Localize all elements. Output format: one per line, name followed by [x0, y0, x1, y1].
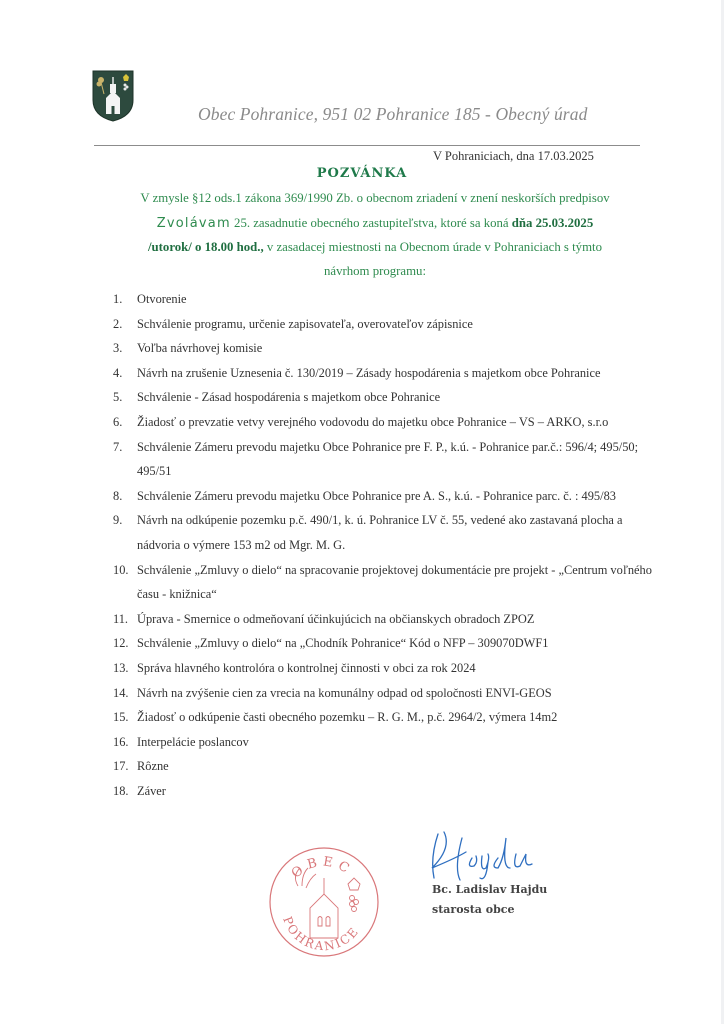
- intro-line-time-place: /utorok/ o 18.00 hod., v zasadacej miest…: [95, 240, 655, 255]
- agenda-item: 2.Schválenie programu, určenie zapisovat…: [113, 312, 653, 337]
- agenda-item-text: Schválenie „Zmluvy o dielo“ na spracovan…: [137, 563, 652, 602]
- intro-line-legal-basis: V zmysle §12 ods.1 zákona 369/1990 Zb. o…: [95, 191, 655, 206]
- convocation-text: 25. zasadnutie obecného zastupiteľstva, …: [231, 216, 512, 230]
- agenda-item: 5.Schválenie - Zásad hospodárenia s maje…: [113, 385, 653, 410]
- document-title: POZVÁNKA: [0, 166, 724, 181]
- signer-block: Bc. Ladislav Hajdu starosta obce: [432, 880, 547, 920]
- agenda-item-text: Schválenie programu, určenie zapisovateľ…: [137, 317, 473, 331]
- agenda-item-number: 8.: [113, 484, 122, 509]
- agenda-item: 10.Schválenie „Zmluvy o dielo“ na spraco…: [113, 558, 653, 607]
- agenda-item-number: 7.: [113, 435, 122, 460]
- agenda-item-text: Schválenie Zámeru prevodu majetku Obce P…: [137, 489, 616, 503]
- agenda-item: 9.Návrh na odkúpenie pozemku p.č. 490/1,…: [113, 508, 653, 557]
- agenda-item-number: 18.: [113, 779, 129, 804]
- agenda-item-number: 14.: [113, 681, 129, 706]
- svg-text:POHRANICE: POHRANICE: [280, 915, 362, 954]
- agenda-item: 1.Otvorenie: [113, 287, 653, 312]
- agenda-item-number: 9.: [113, 508, 122, 533]
- coat-of-arms-icon: [92, 70, 134, 122]
- stamp-bottom-text: POHRANICE: [280, 915, 362, 954]
- meeting-date: dňa 25.03.2025: [512, 216, 593, 230]
- place-and-date: V Pohraniciach, dna 17.03.2025: [433, 149, 594, 164]
- signer-name: Bc. Ladislav Hajdu: [432, 880, 547, 900]
- intro-line-program: návrhom programu:: [95, 264, 655, 279]
- svg-text:OBEC: OBEC: [289, 854, 356, 881]
- header-divider: [94, 145, 640, 146]
- agenda-item-text: Žiadosť o prevzatie vetvy verejného vodo…: [137, 415, 608, 429]
- signer-role: starosta obce: [432, 900, 547, 920]
- stamp-top-text: OBEC: [289, 854, 356, 881]
- agenda-item-text: Žiadosť o odkúpenie časti obecného pozem…: [137, 710, 557, 724]
- agenda-item-text: Voľba návrhovej komisie: [137, 341, 262, 355]
- agenda-item: 15.Žiadosť o odkúpenie časti obecného po…: [113, 705, 653, 730]
- agenda-item: 17.Rôzne: [113, 754, 653, 779]
- agenda-item-text: Návrh na zvýšenie cien za vrecia na komu…: [137, 686, 552, 700]
- agenda-item-text: Úprava - Smernice o odmeňovaní účinkujúc…: [137, 612, 534, 626]
- agenda-item-text: Schválenie - Zásad hospodárenia s majetk…: [137, 390, 440, 404]
- agenda-item-text: Správa hlavného kontrolóra o kontrolnej …: [137, 661, 476, 675]
- agenda-item-number: 1.: [113, 287, 122, 312]
- agenda-item-text: Rôzne: [137, 759, 169, 773]
- handwritten-signature-icon: [426, 828, 546, 884]
- convocation-word: Zvolávam: [157, 216, 231, 231]
- agenda-item: 3.Voľba návrhovej komisie: [113, 336, 653, 361]
- agenda-item-text: Interpelácie poslancov: [137, 735, 249, 749]
- agenda-item-number: 5.: [113, 385, 122, 410]
- agenda-item-number: 17.: [113, 754, 129, 779]
- official-stamp-icon: OBEC POHRANICE: [268, 846, 380, 958]
- agenda-item-number: 2.: [113, 312, 122, 337]
- agenda-item: 4.Návrh na zrušenie Uznesenia č. 130/201…: [113, 361, 653, 386]
- agenda-item-number: 10.: [113, 558, 129, 583]
- agenda-item: 6.Žiadosť o prevzatie vetvy verejného vo…: [113, 410, 653, 435]
- agenda-item-text: Návrh na zrušenie Uznesenia č. 130/2019 …: [137, 366, 600, 380]
- agenda-item-number: 11.: [113, 607, 128, 632]
- agenda-item: 11.Úprava - Smernice o odmeňovaní účinku…: [113, 607, 653, 632]
- agenda-item-number: 4.: [113, 361, 122, 386]
- meeting-time: /utorok/ o 18.00 hod.,: [148, 240, 264, 254]
- intro-line-convocation: Zvolávam 25. zasadnutie obecného zastupi…: [95, 216, 655, 231]
- agenda-item-number: 6.: [113, 410, 122, 435]
- agenda-item-text: Návrh na odkúpenie pozemku p.č. 490/1, k…: [137, 513, 623, 552]
- agenda-item-text: Schválenie „Zmluvy o dielo“ na „Chodník …: [137, 636, 548, 650]
- agenda-item: 14.Návrh na zvýšenie cien za vrecia na k…: [113, 681, 653, 706]
- agenda-item-number: 12.: [113, 631, 129, 656]
- agenda-item: 16.Interpelácie poslancov: [113, 730, 653, 755]
- agenda-item: 8.Schválenie Zámeru prevodu majetku Obce…: [113, 484, 653, 509]
- agenda-item-number: 16.: [113, 730, 129, 755]
- letterhead: Obec Pohranice, 951 02 Pohranice 185 - O…: [198, 104, 587, 125]
- agenda-item: 7.Schválenie Zámeru prevodu majetku Obce…: [113, 435, 653, 484]
- meeting-place: v zasadacej miestnosti na Obecnom úrade …: [264, 240, 602, 254]
- agenda-item-number: 15.: [113, 705, 129, 730]
- agenda-item: 13.Správa hlavného kontrolóra o kontroln…: [113, 656, 653, 681]
- agenda-list: 1.Otvorenie2.Schválenie programu, určeni…: [113, 287, 653, 803]
- agenda-item: 18.Záver: [113, 779, 653, 804]
- agenda-item-text: Otvorenie: [137, 292, 187, 306]
- agenda-item-number: 13.: [113, 656, 129, 681]
- agenda-item: 12.Schválenie „Zmluvy o dielo“ na „Chodn…: [113, 631, 653, 656]
- agenda-item-text: Záver: [137, 784, 166, 798]
- agenda-item-text: Schválenie Zámeru prevodu majetku Obce P…: [137, 440, 638, 479]
- agenda-item-number: 3.: [113, 336, 122, 361]
